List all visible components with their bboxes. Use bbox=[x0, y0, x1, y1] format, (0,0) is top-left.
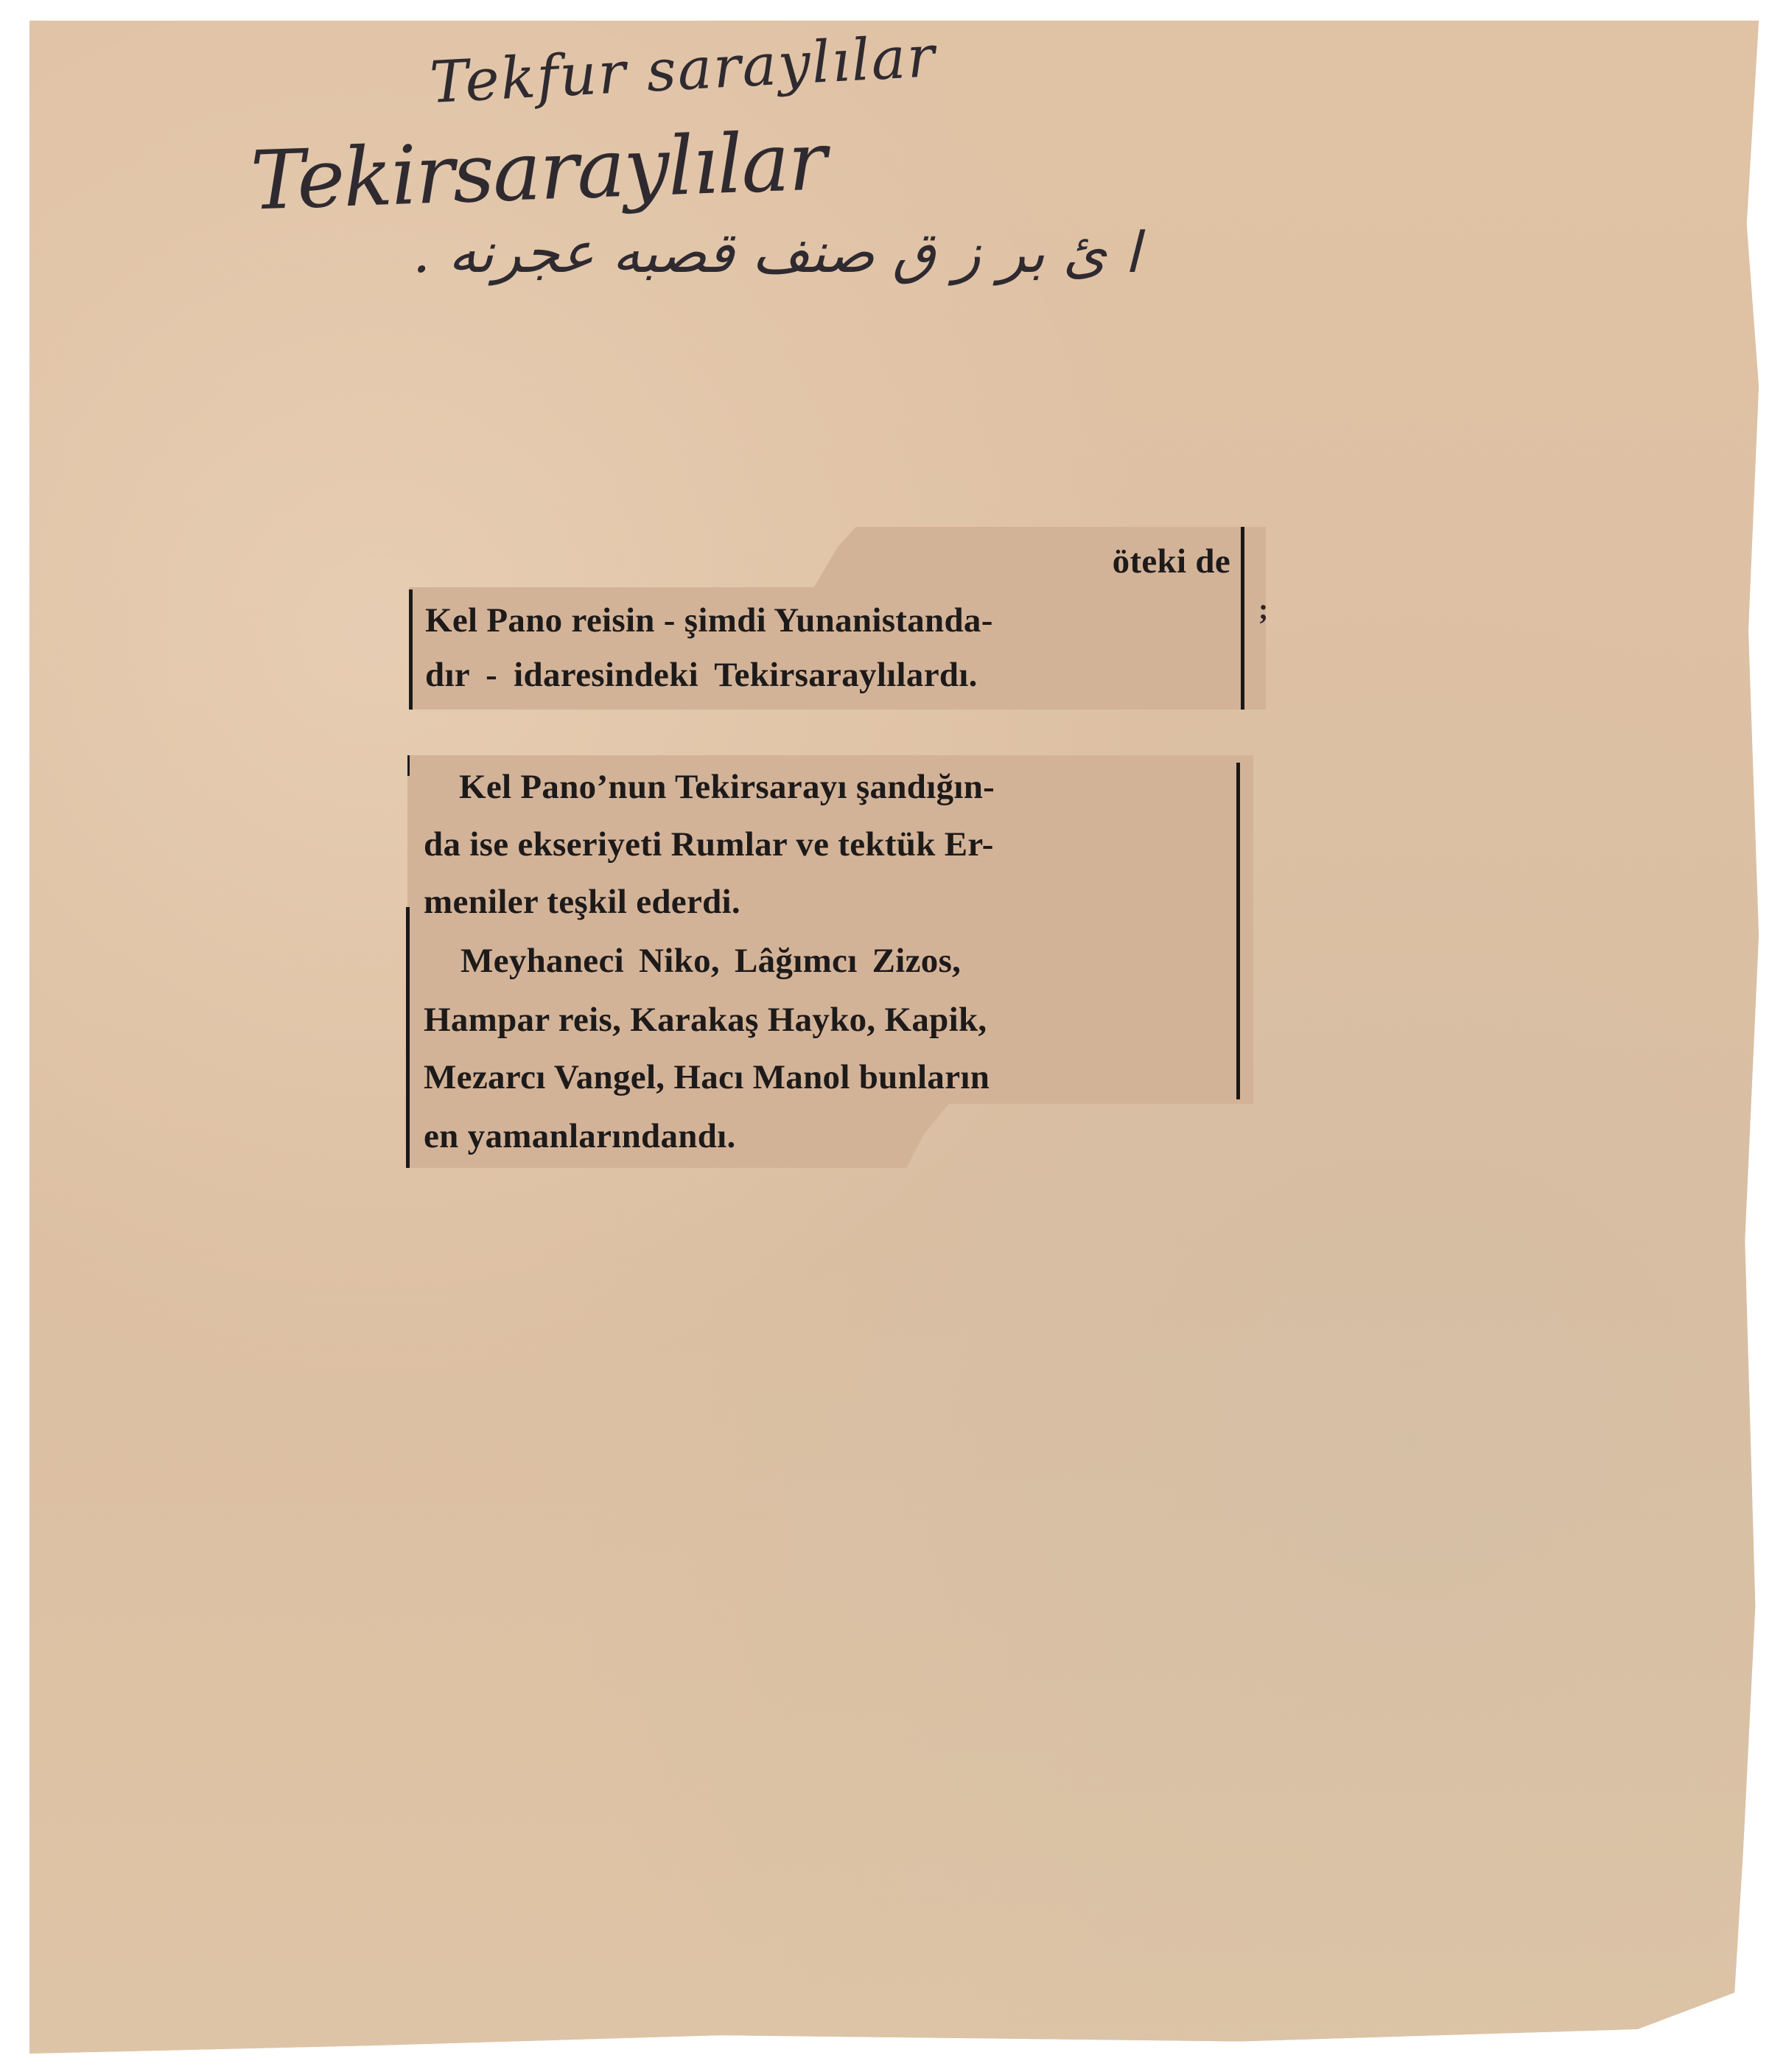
newspaper-clipping-1: Kel Pano reisin - şimdi Yunanistanda- dı… bbox=[409, 587, 1266, 710]
handwritten-title-tekfur: Tekfur saraylılar bbox=[428, 24, 937, 116]
clipping-2-left-rule bbox=[406, 907, 410, 1168]
clipping-1-right-rule bbox=[1241, 527, 1244, 710]
clipping-2-line-1: Kel Pano’nun Tekirsarayı şandığın- bbox=[459, 770, 995, 805]
handwritten-ottoman-note: ا ئ بر ز ق صنف قصبه عجرنه . bbox=[413, 220, 1459, 285]
clipping-1-left-rule bbox=[409, 589, 413, 710]
clipping-2-line-3: meniler teşkil ederdi. bbox=[424, 885, 740, 920]
clipping-2-line-4: Meyhaneci Niko, Lâğımcı Zizos, bbox=[460, 944, 961, 979]
clipping-1-line-1: öteki de bbox=[1113, 545, 1230, 579]
clipping-2-right-rule bbox=[1236, 763, 1240, 1099]
stray-punctuation-mark: ; bbox=[1258, 592, 1268, 626]
clipping-1-line-3: dır - idaresindeki Tekirsaraylılardı. bbox=[425, 658, 978, 693]
clipping-2-line-2: da ise ekseriyeti Rumlar ve tektük Er- bbox=[424, 827, 994, 862]
newspaper-clipping-1-tab: öteki de bbox=[810, 527, 1266, 593]
paper-sheet: Tekfur saraylılar Tekirsaraylılar ا ئ بر… bbox=[29, 21, 1759, 2054]
clipping-2-line-5: Hampar reis, Karakaş Hayko, Kapik, bbox=[424, 1003, 987, 1037]
clipping-2-line-7: en yamanlarındandı. bbox=[424, 1119, 736, 1154]
handwritten-title-tekirsaraylilar: Tekirsaraylılar bbox=[249, 113, 827, 228]
newspaper-clipping-2: Kel Pano’nun Tekirsarayı şandığın- da is… bbox=[407, 755, 1253, 1168]
clipping-2-left-rule-top bbox=[407, 755, 410, 776]
clipping-2-line-6: Mezarcı Vangel, Hacı Manol bunların bbox=[424, 1060, 990, 1095]
clipping-1-line-2: Kel Pano reisin - şimdi Yunanistanda- bbox=[425, 603, 993, 638]
